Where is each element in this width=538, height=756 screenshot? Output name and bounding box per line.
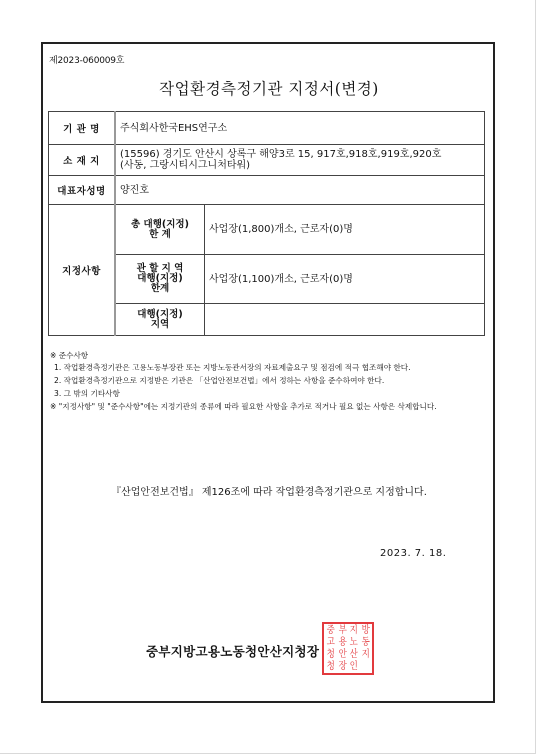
area-value [205,304,485,336]
seal-glyph: 방 [360,625,370,637]
area-label-line-1: 대행(지정) [120,310,200,320]
seal-glyph: 청 [326,661,336,673]
issue-date: 2023. 7. 18. [380,548,446,559]
seal-glyph: 장 [337,661,347,673]
document-number: 제2023-060009호 [49,53,124,66]
note-item-3: 3. 그 밖의 기타사항 [54,389,486,399]
seal-glyph: 노 [349,637,359,649]
seal-glyph: 안 [337,649,347,661]
org-name-label: 기 관 명 [49,112,116,145]
notes-footnote: ※ "지정사항" 및 "준수사항"에는 지정기관의 종류에 따라 필요한 사항을… [50,402,486,412]
compliance-notes: ※ 준수사항 1. 작업환경측정기관은 고용노동부장관 또는 지방노동관서장의 … [50,351,486,412]
total-limit-label: 총 대행(지정) 한 계 [115,205,205,255]
seal-glyph: 산 [349,649,359,661]
regional-limit-label: 관 할 지 역 대행(지정) 한계 [115,255,205,304]
seal-glyph: 인 [349,661,359,673]
location-line-1: (15596) 경기도 안산시 상록구 해양3로 15, 917호,918호,9… [120,149,480,160]
row-org-name: 기 관 명 주식회사한국EHS연구소 [49,112,485,145]
regional-limit-label-line-3: 한계 [120,284,200,294]
total-limit-label-line-2: 한 계 [120,230,200,240]
seal-glyph: 지 [360,649,370,661]
seal-glyph: 고 [326,637,336,649]
regional-limit-value: 사업장(1,100)개소, 근로자(0)명 [205,255,485,304]
org-name-value: 주식회사한국EHS연구소 [115,112,485,145]
row-designation-total: 지정사항 총 대행(지정) 한 계 사업장(1,800)개소, 근로자(0)명 [49,205,485,255]
seal-glyph: 청 [326,649,336,661]
location-value: (15596) 경기도 안산시 상록구 해양3로 15, 917호,918호,9… [115,145,485,176]
location-label: 소 재 지 [49,145,116,176]
designation-table: 기 관 명 주식회사한국EHS연구소 소 재 지 (15596) 경기도 안산시… [48,111,485,336]
total-limit-label-line-1: 총 대행(지정) [120,220,200,230]
issuer-name: 중부지방고용노동청안산지청장 [146,642,319,660]
seal-glyph: 중 [326,625,336,637]
official-seal-icon: 중 부 지 방 고 용 노 동 청 안 산 지 청 장 인 [322,622,374,675]
total-limit-value: 사업장(1,800)개소, 근로자(0)명 [205,205,485,255]
representative-label: 대표자성명 [49,176,116,205]
location-line-2: (사동, 그랑시티시그니처타워) [120,160,480,171]
seal-glyph: 지 [349,625,359,637]
row-representative: 대표자성명 양진호 [49,176,485,205]
representative-value: 양진호 [115,176,485,205]
document-title: 작업환경측정기관 지정서(변경) [0,77,538,99]
note-item-1: 1. 작업환경측정기관은 고용노동부장관 또는 지방노동관서장의 자료제출요구 … [54,363,486,373]
area-label: 대행(지정) 지역 [115,304,205,336]
note-item-2: 2. 작업환경측정기관으로 지정받은 기관은 「산업안전보건법」에서 정하는 사… [54,376,486,386]
seal-glyph [360,661,370,673]
seal-glyph: 동 [360,637,370,649]
designation-statement: 『산업안전보건법』 제126조에 따라 작업환경측정기관으로 지정합니다. [0,483,538,498]
seal-glyph: 용 [337,637,347,649]
seal-glyph: 부 [337,625,347,637]
row-location: 소 재 지 (15596) 경기도 안산시 상록구 해양3로 15, 917호,… [49,145,485,176]
area-label-line-2: 지역 [120,320,200,330]
designation-label: 지정사항 [49,205,116,336]
notes-heading: ※ 준수사항 [50,351,486,361]
